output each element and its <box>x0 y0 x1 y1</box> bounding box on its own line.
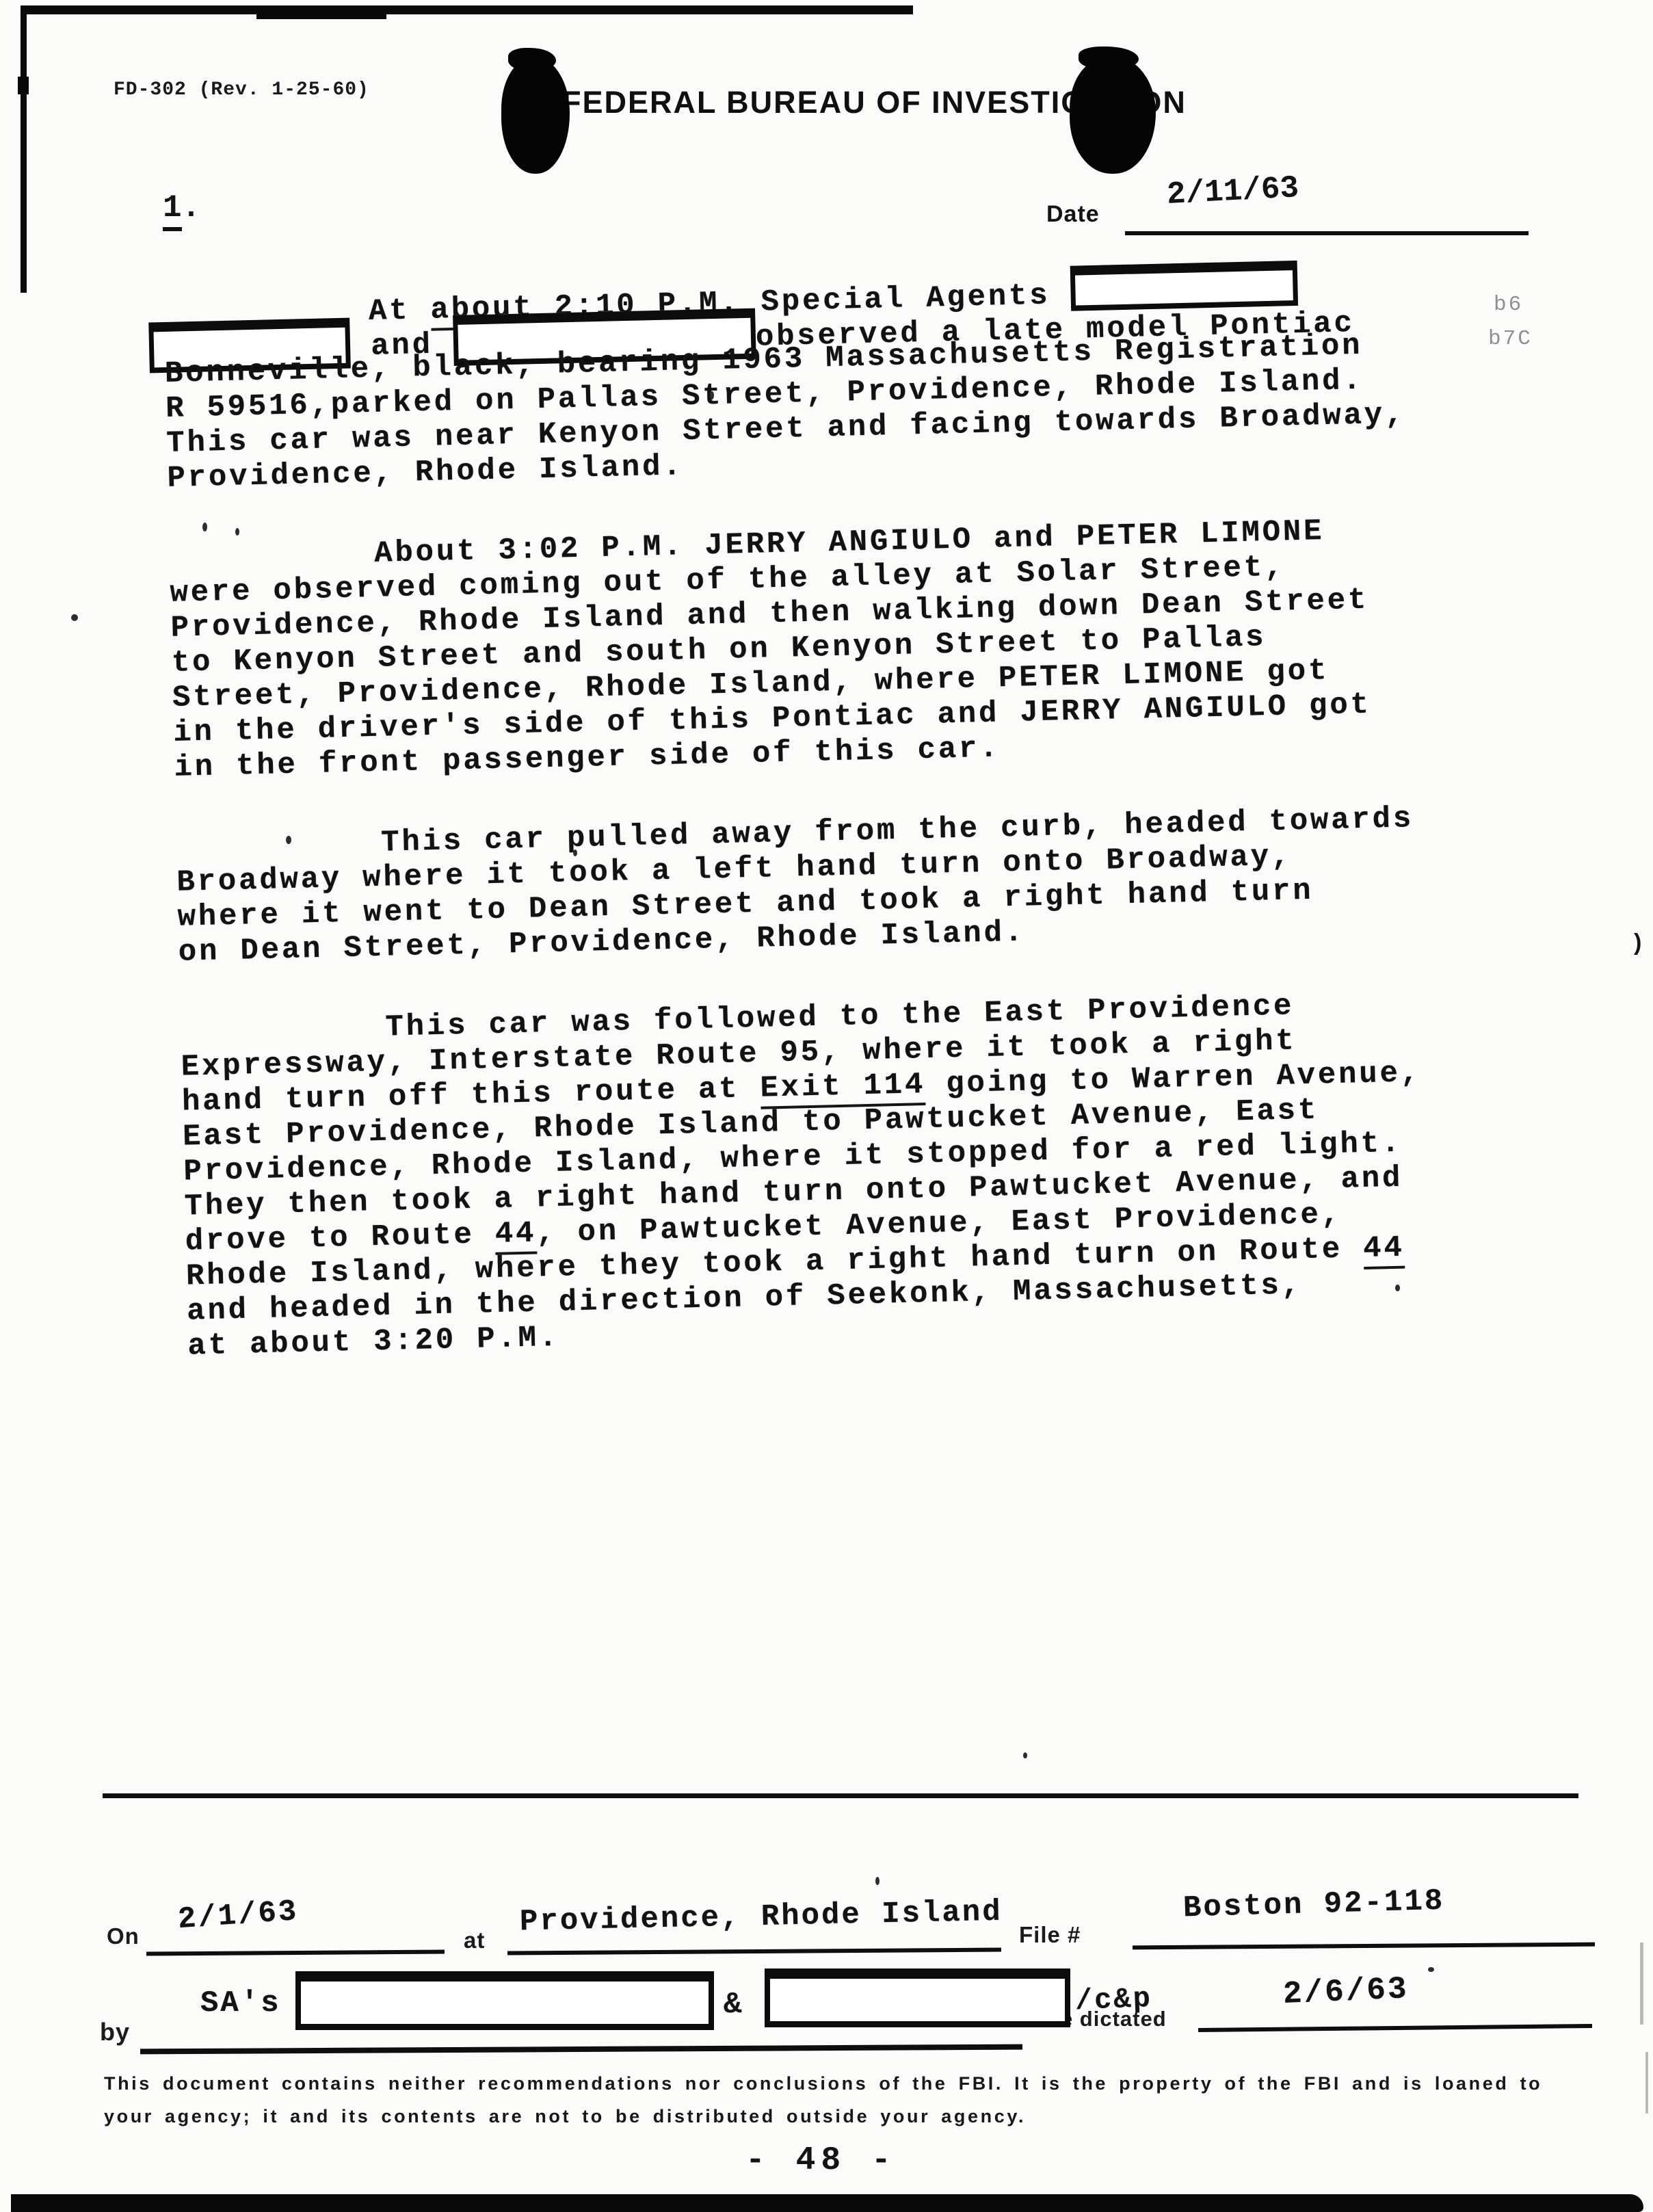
ink-blob-left <box>501 57 570 174</box>
scan-bottom-edge-bar <box>11 2194 1643 2212</box>
at-value: Providence, Rhode Island <box>520 1895 1003 1940</box>
paragraph: About 3:02 P.M. JERRY ANGIULO and PETER … <box>169 511 1474 786</box>
form-number: FD-302 (Rev. 1-25-60) <box>114 79 369 101</box>
on-blank-line <box>146 1949 445 1956</box>
agents-prefix: SA's <box>200 1986 281 2020</box>
redaction-box <box>765 1969 1070 2027</box>
at-label: at <box>464 1927 485 1953</box>
classification-code-b7c: b7C <box>1488 327 1533 351</box>
scan-left-edge-notch <box>18 77 29 94</box>
paragraph: At about 2:10 P.M. Special Agents and ob… <box>163 256 1467 497</box>
ink-speck <box>235 528 239 536</box>
ink-speck <box>286 836 291 844</box>
file-number-label: File # <box>1019 1922 1081 1948</box>
ink-speck <box>1395 1285 1400 1291</box>
page-marker-period: . <box>182 190 201 226</box>
ink-speck <box>1023 1752 1027 1759</box>
page-number: - 48 - <box>745 2142 897 2179</box>
ink-speck <box>1428 1967 1434 1972</box>
scan-top-edge-bar <box>21 5 913 14</box>
date-label: Date <box>1046 201 1100 228</box>
ink-blob-right <box>1070 56 1156 174</box>
ink-speck <box>202 523 207 531</box>
by-blank-line <box>140 2044 1022 2055</box>
fd302-document-page: { "header": { "form_number": "FD-302 (Re… <box>0 0 1653 2212</box>
page-marker: 1. <box>163 190 200 226</box>
underlined-text: 44 <box>494 1217 537 1255</box>
date-dictated-value: 2/6/63 <box>1282 1971 1410 2012</box>
disclaimer-line1: This document contains neither recommend… <box>104 2067 1542 2100</box>
underlined-text: 44 <box>1363 1231 1405 1269</box>
on-value: 2/1/63 <box>176 1895 299 1937</box>
ampersand: & <box>724 1988 743 2022</box>
stray-paren-artifact: ) <box>1630 932 1644 958</box>
scan-right-streak <box>1645 2052 1648 2114</box>
file-number-blank-line <box>1133 1943 1595 1950</box>
ink-speck <box>573 850 577 856</box>
footer-separator-rule <box>103 1793 1578 1798</box>
classification-code-b6: b6 <box>1494 293 1523 317</box>
paragraph: This car was followed to the East Provid… <box>180 985 1487 1365</box>
file-number-value: Boston 92-118 <box>1182 1884 1445 1926</box>
by-label: by <box>100 2018 130 2046</box>
body-text: At about 2:10 P.M. Special Agents and ob… <box>163 256 1488 1409</box>
disclaimer-line2: your agency; it and its contents are not… <box>104 2100 1542 2133</box>
paragraph: This car pulled away from the curb, head… <box>176 800 1478 971</box>
dictation-initials: /c&p <box>1074 1982 1152 2018</box>
disclaimer: This document contains neither recommend… <box>104 2067 1542 2133</box>
redaction-box <box>295 1971 714 2030</box>
ink-speck <box>875 1877 880 1885</box>
scan-top-edge-bar-segment <box>256 14 386 19</box>
at-blank-line <box>507 1947 1001 1955</box>
scan-left-edge-line <box>21 5 27 293</box>
date-dictated-blank-line <box>1198 2024 1592 2032</box>
ink-speck <box>71 614 78 621</box>
date-value: 2/11/63 <box>1166 170 1300 213</box>
scan-right-streak <box>1640 1943 1643 2025</box>
on-label: On <box>107 1923 140 1949</box>
date-blank-line <box>1125 231 1529 235</box>
ink-speck <box>710 391 714 399</box>
page-marker-number: 1 <box>163 190 182 231</box>
